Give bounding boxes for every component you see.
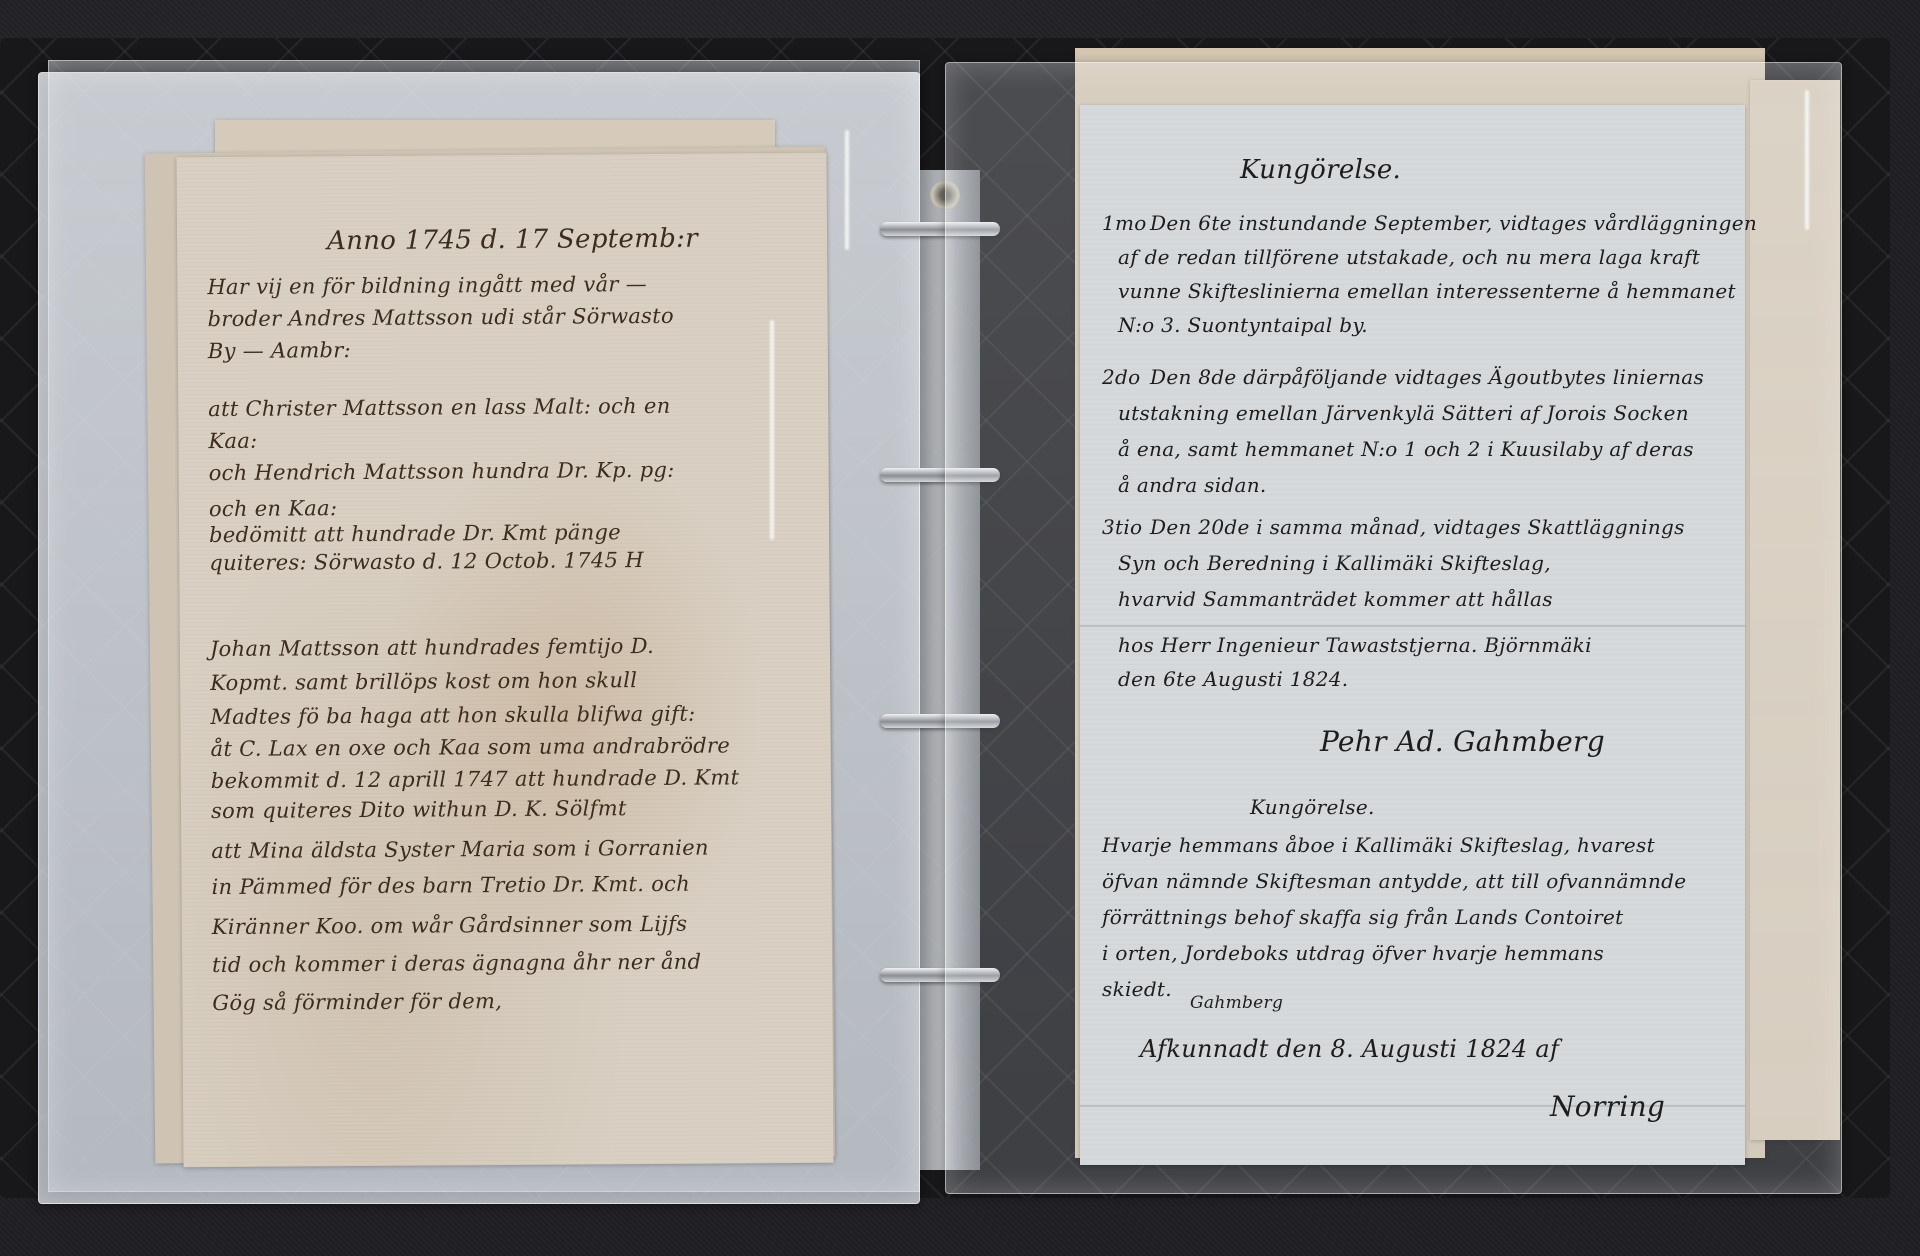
- notice-heading: Kungörelse.: [1240, 155, 1401, 185]
- second-notice-heading: Kungörelse.: [1250, 795, 1375, 819]
- notice-line: förrättnings behof skaffa sig från Lands…: [1102, 905, 1623, 929]
- left-line: bedömitt att hundrade Dr. Kmt pänge: [209, 520, 621, 547]
- left-line: tid och kommer i deras ägnagna åhr ner å…: [212, 950, 701, 977]
- notice-line: Syn och Beredning i Kallimäki Skifteslag…: [1118, 551, 1551, 575]
- item-marker: 3tio: [1102, 515, 1142, 539]
- sleeve-glare: [1805, 90, 1809, 230]
- notice-line: af de redan tillförene utstakade, och nu…: [1118, 245, 1700, 269]
- left-line: bekommit d. 12 aprill 1747 att hundrade …: [211, 765, 740, 793]
- notice-line: hvarvid Sammanträdet kommer att hållas: [1118, 587, 1553, 611]
- left-line: som quiteres Dito withun D. K. Sölfmt: [211, 796, 627, 823]
- left-line: Johan Mattsson att hundrades femtijo D.: [210, 634, 654, 661]
- notice-line: Den 8de därpåföljande vidtages Ägoutbyte…: [1150, 365, 1704, 389]
- left-line: och en Kaa:: [209, 496, 338, 521]
- left-line: Kopmt. samt brillöps kost om hon skull: [210, 668, 637, 695]
- left-line: åt C. Lax en oxe och Kaa som uma andrabr…: [211, 733, 731, 761]
- notice-line: vunne Skifteslinierna emellan interessen…: [1118, 279, 1736, 303]
- notice-line: Den 6te instundande September, vidtages …: [1150, 211, 1757, 235]
- notice-line: i orten, Jordeboks utdrag öfver hvarje h…: [1102, 941, 1604, 965]
- sleeve-glare: [845, 130, 849, 250]
- left-document-1745: Anno 1745 d. 17 Septemb:r Har vij en för…: [176, 153, 833, 1168]
- notice-line: å andra sidan.: [1118, 473, 1267, 497]
- notice-line: å ena, samt hemmanet N:o 1 och 2 i Kuusi…: [1118, 437, 1694, 461]
- signature-gahmberg: Pehr Ad. Gahmberg: [1320, 725, 1605, 758]
- right-document-1824: Kungörelse. 1mo Den 6te instundande Sept…: [1080, 105, 1745, 1165]
- notice-line: öfvan nämnde Skiftesman antydde, att til…: [1102, 869, 1686, 893]
- notice-line: Hvarje hemmans åboe i Kallimäki Skiftesl…: [1102, 833, 1655, 857]
- left-line: By — Aambr:: [208, 338, 351, 363]
- notice-line: utstakning emellan Järvenkylä Sätteri af…: [1118, 401, 1689, 425]
- countersign: Gahmberg: [1190, 993, 1283, 1013]
- left-line: broder Andres Mattsson udi står Sörwasto: [208, 304, 674, 331]
- item-marker: 1mo: [1102, 211, 1147, 235]
- left-line: Kiränner Koo. om wår Gårdsinner som Lijf…: [212, 912, 688, 939]
- left-line: Gög så förminder för dem,: [212, 989, 502, 1015]
- left-line: att Christer Mattsson en lass Malt: och …: [208, 394, 670, 421]
- left-line: Madtes fö ba haga att hon skulla blifwa …: [210, 702, 695, 729]
- notice-date: den 6te Augusti 1824.: [1118, 667, 1348, 691]
- notice-line: Den 20de i samma månad, vidtages Skattlä…: [1150, 515, 1685, 539]
- fold-line: [1080, 625, 1745, 627]
- sleeve-glare: [770, 320, 774, 540]
- attestation-line: Afkunnadt den 8. Augusti 1824 af: [1140, 1035, 1559, 1063]
- signature-norring: Norring: [1550, 1090, 1665, 1123]
- left-line: in Pämmed för des barn Tretio Dr. Kmt. o…: [211, 872, 690, 899]
- left-line: att Mina äldsta Syster Maria som i Gorra…: [211, 836, 709, 863]
- left-line: Kaa:: [208, 429, 257, 453]
- left-document-heading: Anno 1745 d. 17 Septemb:r: [327, 224, 698, 257]
- left-line: och Hendrich Mattsson hundra Dr. Kp. pg:: [209, 458, 675, 485]
- item-marker: 2do: [1102, 365, 1140, 389]
- notice-line: hos Herr Ingenieur Tawaststjerna. Björnm…: [1118, 633, 1592, 657]
- left-line: Har vij en för bildning ingått med vår —: [207, 272, 647, 299]
- notice-line: skiedt.: [1102, 977, 1172, 1001]
- notice-line: N:o 3. Suontyntaipal by.: [1118, 313, 1368, 337]
- left-line: quiteres: Sörwasto d. 12 Octob. 1745 H: [209, 548, 644, 575]
